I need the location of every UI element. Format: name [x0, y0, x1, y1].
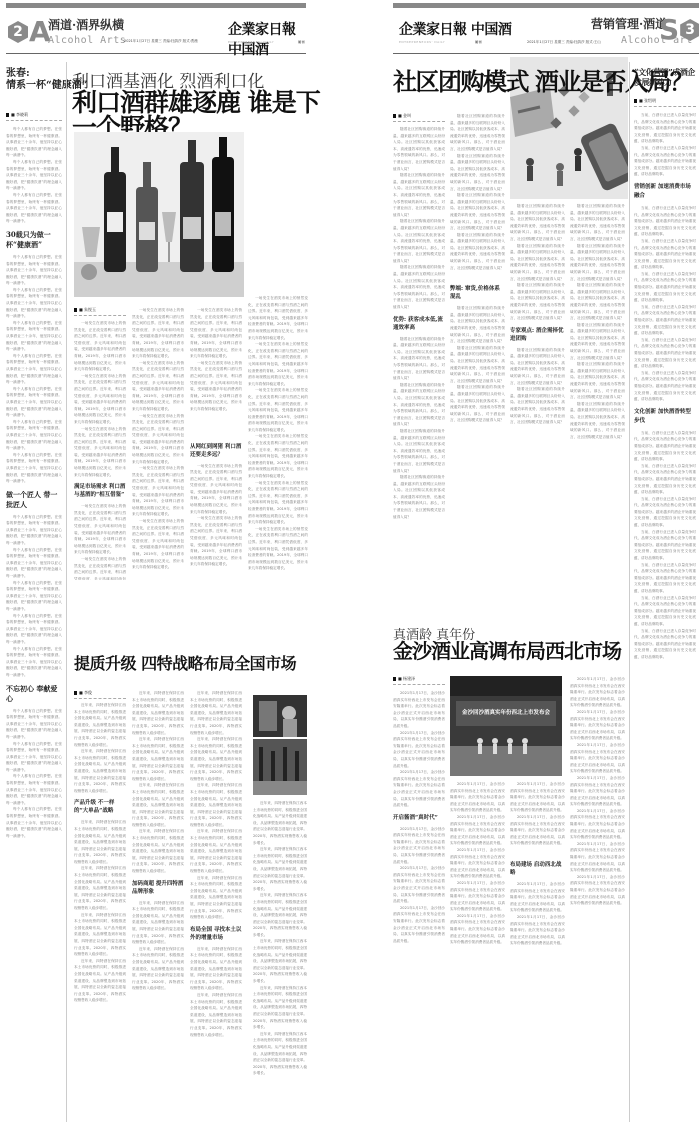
section-title: 营销管理·酒道 [591, 15, 667, 32]
sidebar-column: 每个人都有自己的梦想。在张春的梦想里，始终有一杯健康酒。从事酒业三十余年，他坚持… [6, 126, 62, 1116]
column-divider [629, 62, 630, 1122]
winery-photo [253, 695, 307, 795]
lead-column-3: 随着社区团购赛道的持续升温，越来越多的互联网巨头纷纷入局。社区团购以其低获客成本… [510, 203, 565, 586]
hexagon-page-icon: 2 [8, 21, 28, 43]
page-header: 企業家日報 中国酒 ENTREPRENEURS' DAILY 周刊 营销管理·酒… [393, 10, 699, 54]
masthead: 企業家日報 中国酒 [399, 19, 511, 39]
lead-byline: ■ 金叫 [393, 113, 445, 122]
photo-banner-text: 金沙回沙酒真实年份西北上市发布会 [456, 708, 556, 716]
top-rule [6, 3, 306, 8]
top-rule [393, 3, 699, 8]
subhead: 做一个匠人 带一批匠人 [6, 490, 62, 510]
second-headline: 金沙酒业高调布局西北市场 [393, 641, 621, 661]
second-column-2: 2021年1月17日，金沙回沙酒真实年份西北上市发布会在西安隆重举行。此次发布会… [450, 781, 505, 1122]
lead-top-right-column [244, 132, 308, 297]
subhead: 从网红到网猪 利口酒还要走多远？ [190, 443, 242, 459]
subhead: 加码商超 提升四特酒品牌形象 [132, 880, 184, 896]
sidebar-column: 当前，白酒行业已进入存量竞争时代，品牌文化成为酒企核心竞争力的重要组成部分。越来… [634, 112, 696, 1122]
page-letter: S [659, 16, 679, 44]
sidebar-byline: ■ 张绍明 [634, 98, 696, 107]
lead-byline: ■ 朱悦玉 [74, 307, 126, 316]
lead-column-1: 一场发生在酒类市场上的悄然变化，正在改变着利口酒与烈酒之间的边界。近年来，利口酒… [74, 320, 126, 580]
masthead-subtitle: ENTREPRENEURS' DAILY [399, 40, 445, 44]
subhead: 布局全国 寻找本土以外的增量市场 [190, 926, 242, 942]
subhead: 产品升级 不一样的“大单品”战略 [74, 799, 126, 815]
masthead: 企業家日報 中国酒 [228, 19, 306, 59]
column-divider [66, 62, 67, 1122]
lead-column-4: 一场发生在酒类市场上的悄然变化，正在改变着利口酒与烈酒之间的边界。近年来，利口酒… [248, 295, 308, 580]
section-title: 酒道·酒界纵横 [48, 16, 124, 33]
dateline: 2021年1月27日 星期三 责编:杜鹃莎 版式:贾薇 [124, 39, 224, 44]
lead-column-1: 随着社区团购赛道的持续升温，越来越多的互联网巨头纷纷入局。社区团购以其低获客成本… [393, 126, 445, 586]
newspaper-page-2a: 2 A 酒道·酒界纵横 Alcohol Arts 2021年1月27日 星期三 … [0, 0, 330, 1126]
page-header: 2 A 酒道·酒界纵横 Alcohol Arts 2021年1月27日 星期三 … [6, 10, 306, 54]
sidebar-byline: ■ 李晓莉 [6, 112, 62, 121]
subhead: 不忘初心 奉献爱心 [6, 684, 62, 704]
hexagon-page-icon: 3 [680, 19, 699, 41]
subhead: 布局建场 启动西北战略 [510, 861, 565, 877]
subhead: 文化创新 加快酒香转型步伐 [634, 408, 696, 426]
newspaper-page-s3: 企業家日報 中国酒 ENTREPRENEURS' DAILY 周刊 营销管理·酒… [383, 0, 699, 1126]
lead-column-4: 随着社区团购赛道的持续升温，越来越多的互联网巨头纷纷入局。社区团购以其低获客成本… [570, 203, 625, 586]
lead-column-2: 一场发生在酒类市场上的悄然变化，正在改变着利口酒与烈酒之间的边界。近年来，利口酒… [132, 307, 184, 580]
dateline: 2021年1月27日 星期三 责编:杜鹃莎 版式:王山 [527, 40, 627, 45]
masthead-tag: 周刊 [298, 40, 305, 44]
subhead: 弊端: 窜货,价格体系混乱 [450, 285, 505, 301]
subhead: 30载只为做一杯“健康酒” [6, 230, 62, 250]
section-title-en: Alcohol Arts [48, 35, 126, 46]
stage-event-photo-icon [450, 676, 562, 776]
second-headline: 提质升级 四特战略布局全国市场 [74, 656, 296, 672]
masthead-subtitle: ENTREPRENEURS' DAILY [228, 40, 274, 44]
lead-column-2: 随着社区团购赛道的持续升温，越来越多的互联网巨头纷纷入局。社区团购以其低获客成本… [450, 113, 505, 586]
liqueur-bottles-photo [74, 132, 244, 297]
lead-column-3: 一场发生在酒类市场上的悄然变化，正在改变着利口酒与烈酒之间的边界。近年来，利口酒… [190, 307, 242, 580]
page-number-badge: 2 A [8, 18, 51, 46]
second-column-1: 2021年1月17日，金沙回沙酒真实年份西北上市发布会在西安隆重举行。此次发布会… [393, 690, 445, 1122]
subhead: 优势: 获客成本低,流通效率高 [393, 316, 445, 332]
second-column-3: 近年来，四特酒在保持江西本土市场优势的同时，积极推进全国化战略布局。从产品升级到… [190, 690, 242, 1122]
second-column-2: 近年来，四特酒在保持江西本土市场优势的同时，积极推进全国化战略布局。从产品升级到… [132, 690, 184, 1122]
winery-worker-photo-icon [253, 695, 307, 795]
second-byline: ■ 杨建泽 [393, 676, 445, 685]
page-number-badge: S 3 [659, 16, 699, 44]
masthead-tag: 周刊 [475, 40, 482, 44]
subhead: 满足市场需求 利口酒与基酒的“相互借鉴” [74, 483, 126, 499]
subhead: 开启酱酒“真时代” [393, 814, 445, 822]
sidebar-headline: “文化营销”成酒企发展新动力 [634, 68, 698, 87]
launch-event-photo: 金沙回沙酒真实年份西北上市发布会 [450, 676, 562, 776]
second-column-3: 2021年1月17日，金沙回沙酒真实年份西北上市发布会在西安隆重举行。此次发布会… [510, 781, 565, 1122]
subhead: 专家观点: 酒企需择优进团购 [510, 327, 565, 343]
second-byline: ■ 李俊 [74, 690, 126, 699]
second-column-1: 近年来，四特酒在保持江西本土市场优势的同时，积极推进全国化战略布局。从产品升级到… [74, 702, 126, 1122]
subhead: 营销创新 加速消费市场融合 [634, 183, 696, 201]
bottles-illustration-icon [74, 132, 244, 297]
second-column-4: 2021年1月17日，金沙回沙酒真实年份西北上市发布会在西安隆重举行。此次发布会… [570, 676, 625, 1122]
second-column-4: 近年来，四特酒在保持江西本土市场优势的同时，积极推进全国化战略布局。从产品升级到… [253, 800, 307, 1122]
